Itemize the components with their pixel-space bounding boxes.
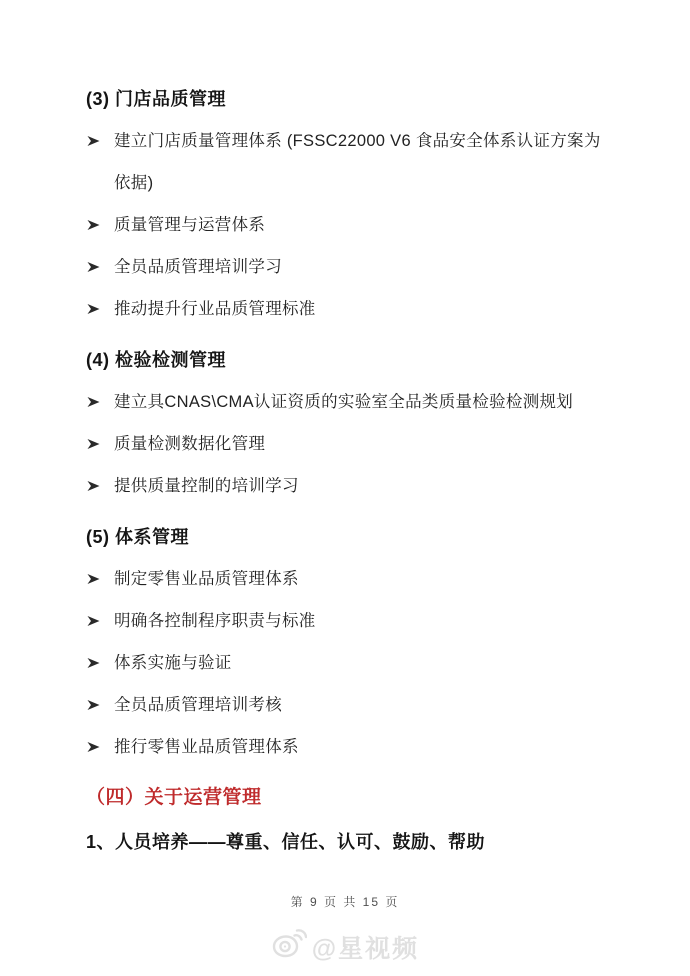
arrowhead-bullet-icon (87, 438, 101, 450)
page-number-footer: 第 9 页 共 15 页 (0, 893, 690, 910)
weibo-eye-icon (271, 928, 307, 965)
document-content: (3) 门店品质管理 建立门店质量管理体系 (FSSC22000 V6 食品安全… (0, 0, 690, 863)
arrowhead-bullet-icon (87, 741, 101, 753)
bullet-text: 明确各控制程序职责与标准 (114, 600, 605, 642)
arrowhead-bullet-icon (87, 219, 101, 231)
arrowhead-bullet-icon (87, 573, 101, 585)
section-heading: (3) 门店品质管理 (86, 78, 605, 120)
arrowhead-bullet-icon (87, 303, 101, 315)
bullet-item: 建立门店质量管理体系 (FSSC22000 V6 食品安全体系认证方案为依据) (86, 120, 605, 204)
bullet-text: 全员品质管理培训考核 (114, 684, 605, 726)
arrowhead-bullet-icon (87, 261, 101, 273)
arrowhead-bullet-icon (87, 480, 101, 492)
numbered-heading: 1、人员培养——尊重、信任、认可、鼓励、帮助 (86, 821, 605, 863)
watermark: @星视频 (0, 928, 690, 965)
watermark-text: @星视频 (312, 929, 419, 965)
red-section-heading: （四）关于运营管理 (86, 777, 605, 819)
bullet-item: 明确各控制程序职责与标准 (86, 600, 605, 642)
bullet-text: 制定零售业品质管理体系 (114, 558, 605, 600)
section-store-quality: (3) 门店品质管理 建立门店质量管理体系 (FSSC22000 V6 食品安全… (86, 78, 605, 330)
bullet-item: 全员品质管理培训学习 (86, 246, 605, 288)
bullet-item: 质量检测数据化管理 (86, 423, 605, 465)
arrowhead-bullet-icon (87, 135, 101, 147)
section-inspection-testing: (4) 检验检测管理 建立具CNAS\CMA认证资质的实验室全品类质量检验检测规… (86, 339, 605, 507)
bullet-item: 推动提升行业品质管理标准 (86, 288, 605, 330)
bullet-text: 提供质量控制的培训学习 (114, 465, 605, 507)
section-heading: (4) 检验检测管理 (86, 339, 605, 381)
section-heading: (5) 体系管理 (86, 516, 605, 558)
section-system-management: (5) 体系管理 制定零售业品质管理体系 明确各控制程序职责与标准 体系实施与验… (86, 516, 605, 768)
bullet-text: 建立具CNAS\CMA认证资质的实验室全品类质量检验检测规划 (114, 381, 605, 423)
bullet-item: 全员品质管理培训考核 (86, 684, 605, 726)
bullet-item: 制定零售业品质管理体系 (86, 558, 605, 600)
bullet-text: 推行零售业品质管理体系 (114, 726, 605, 768)
arrowhead-bullet-icon (87, 699, 101, 711)
bullet-text: 推动提升行业品质管理标准 (114, 288, 605, 330)
bullet-text: 体系实施与验证 (114, 642, 605, 684)
bullet-item: 推行零售业品质管理体系 (86, 726, 605, 768)
bullet-text: 全员品质管理培训学习 (114, 246, 605, 288)
arrowhead-bullet-icon (87, 615, 101, 627)
bullet-text: 质量检测数据化管理 (114, 423, 605, 465)
bullet-item: 建立具CNAS\CMA认证资质的实验室全品类质量检验检测规划 (86, 381, 605, 423)
document-page: (3) 门店品质管理 建立门店质量管理体系 (FSSC22000 V6 食品安全… (0, 0, 690, 976)
bullet-text: 质量管理与运营体系 (114, 204, 605, 246)
bullet-item: 质量管理与运营体系 (86, 204, 605, 246)
arrowhead-bullet-icon (87, 657, 101, 669)
arrowhead-bullet-icon (87, 396, 101, 408)
bullet-item: 体系实施与验证 (86, 642, 605, 684)
bullet-item: 提供质量控制的培训学习 (86, 465, 605, 507)
bullet-text: 建立门店质量管理体系 (FSSC22000 V6 食品安全体系认证方案为依据) (114, 120, 605, 204)
